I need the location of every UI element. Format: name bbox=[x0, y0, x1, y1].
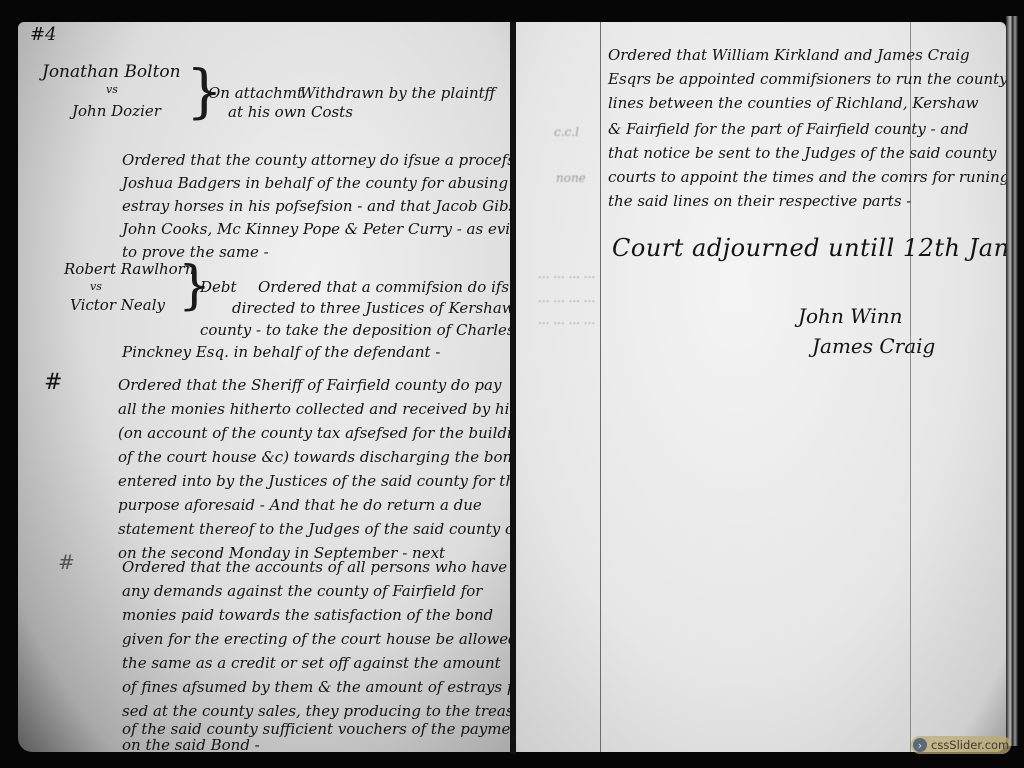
right-order-line: courts to appoint the times and the comr… bbox=[608, 170, 1006, 185]
case1-vs: vs bbox=[106, 84, 118, 95]
case2-defendant: Victor Nealy bbox=[70, 298, 165, 313]
order2-line: (on account of the county tax afsefsed f… bbox=[118, 426, 512, 441]
case2-order-line: county - to take the deposition of Charl… bbox=[200, 323, 512, 338]
order3-line: given for the erecting of the court hous… bbox=[122, 632, 512, 647]
case2-order-line: directed to three Justices of Kershaw bbox=[232, 301, 512, 316]
order3-line: the same as a credit or set off against … bbox=[122, 656, 501, 671]
margin-note: c.c.l bbox=[554, 126, 579, 138]
order2-line: purpose aforesaid - And that he do retur… bbox=[118, 498, 482, 513]
right-order-line: Ordered that William Kirkland and James … bbox=[608, 48, 970, 63]
case2-order-line: Pinckney Esq. in behalf of the defendant… bbox=[122, 345, 440, 360]
margin-mark: # bbox=[44, 372, 62, 394]
case2-action: Debt bbox=[200, 280, 237, 295]
bleed-through-text: ... ... ... ... bbox=[538, 292, 595, 304]
book-spread-photo: #4 Jonathan Bolton vs John Dozier } On a… bbox=[0, 0, 1024, 768]
order2-line: all the monies hitherto collected and re… bbox=[118, 402, 512, 417]
order1-line: estray horses in his pofsefsion - and th… bbox=[122, 199, 512, 214]
left-page: #4 Jonathan Bolton vs John Dozier } On a… bbox=[18, 22, 512, 752]
case1-disposition-2: at his own Costs bbox=[228, 105, 353, 120]
case1-disposition-1: Withdrawn by the plaintff bbox=[300, 86, 495, 101]
adjournment-line: Court adjourned untill 12th Jany next bbox=[612, 236, 1006, 260]
order2-line: of the court house &c) towards dischargi… bbox=[118, 450, 512, 465]
case1-action: On attachmt bbox=[208, 86, 303, 101]
order3-line: of fines afsumed by them & the amount of… bbox=[122, 680, 512, 695]
case1-plaintiff: Jonathan Bolton bbox=[42, 64, 181, 81]
margin-rule bbox=[600, 22, 601, 752]
bleed-through-text: ... ... ... ... bbox=[538, 268, 595, 280]
entry-number: #4 bbox=[30, 26, 57, 44]
order1-line: Ordered that the county attorney do ifsu… bbox=[122, 153, 512, 168]
right-order-line: that notice be sent to the Judges of the… bbox=[608, 146, 996, 161]
right-order-line: lines between the counties of Richland, … bbox=[608, 96, 978, 111]
case2-plaintiff: Robert Rawlhorn bbox=[64, 262, 195, 277]
order3-line: of the said county sufficient vouchers o… bbox=[122, 722, 512, 737]
right-page: Ordered that William Kirkland and James … bbox=[516, 22, 1006, 752]
margin-note: none bbox=[556, 172, 586, 184]
signature-james-craig: James Craig bbox=[812, 336, 935, 356]
order3-line: sed at the county sales, they producing … bbox=[122, 704, 512, 719]
order3-line: any demands against the county of Fairfi… bbox=[122, 584, 482, 599]
order1-line: Joshua Badgers in behalf of the county f… bbox=[122, 176, 508, 191]
page-edges bbox=[1006, 16, 1018, 746]
order2-line: statement thereof to the Judges of the s… bbox=[118, 522, 512, 537]
chevron-right-icon: › bbox=[913, 738, 927, 752]
watermark-text: cssSlider.com bbox=[931, 738, 1009, 752]
right-order-line: & Fairfield for the part of Fairfield co… bbox=[608, 122, 969, 137]
order2-line: entered into by the Justices of the said… bbox=[118, 474, 512, 489]
case1-defendant: John Dozier bbox=[72, 104, 161, 119]
bleed-through-text: ... ... ... ... bbox=[538, 314, 595, 326]
right-order-line: Esqrs be appointed commifsioners to run … bbox=[608, 72, 1006, 87]
margin-mark: # bbox=[58, 552, 75, 572]
order3-line: on the said Bond - bbox=[122, 738, 260, 752]
signature-john-winn: John Winn bbox=[798, 306, 903, 326]
case2-vs: vs bbox=[90, 281, 102, 292]
order3-line: monies paid towards the satisfaction of … bbox=[122, 608, 493, 623]
right-order-line: the said lines on their respective parts… bbox=[608, 194, 911, 209]
order1-line: John Cooks, Mc Kinney Pope & Peter Curry… bbox=[122, 222, 512, 237]
order3-line: Ordered that the accounts of all persons… bbox=[122, 560, 507, 575]
case2-order-line: Ordered that a commifsion do ifsue bbox=[258, 280, 512, 295]
order2-line: Ordered that the Sheriff of Fairfield co… bbox=[118, 378, 501, 393]
site-watermark[interactable]: › cssSlider.com bbox=[911, 736, 1011, 754]
